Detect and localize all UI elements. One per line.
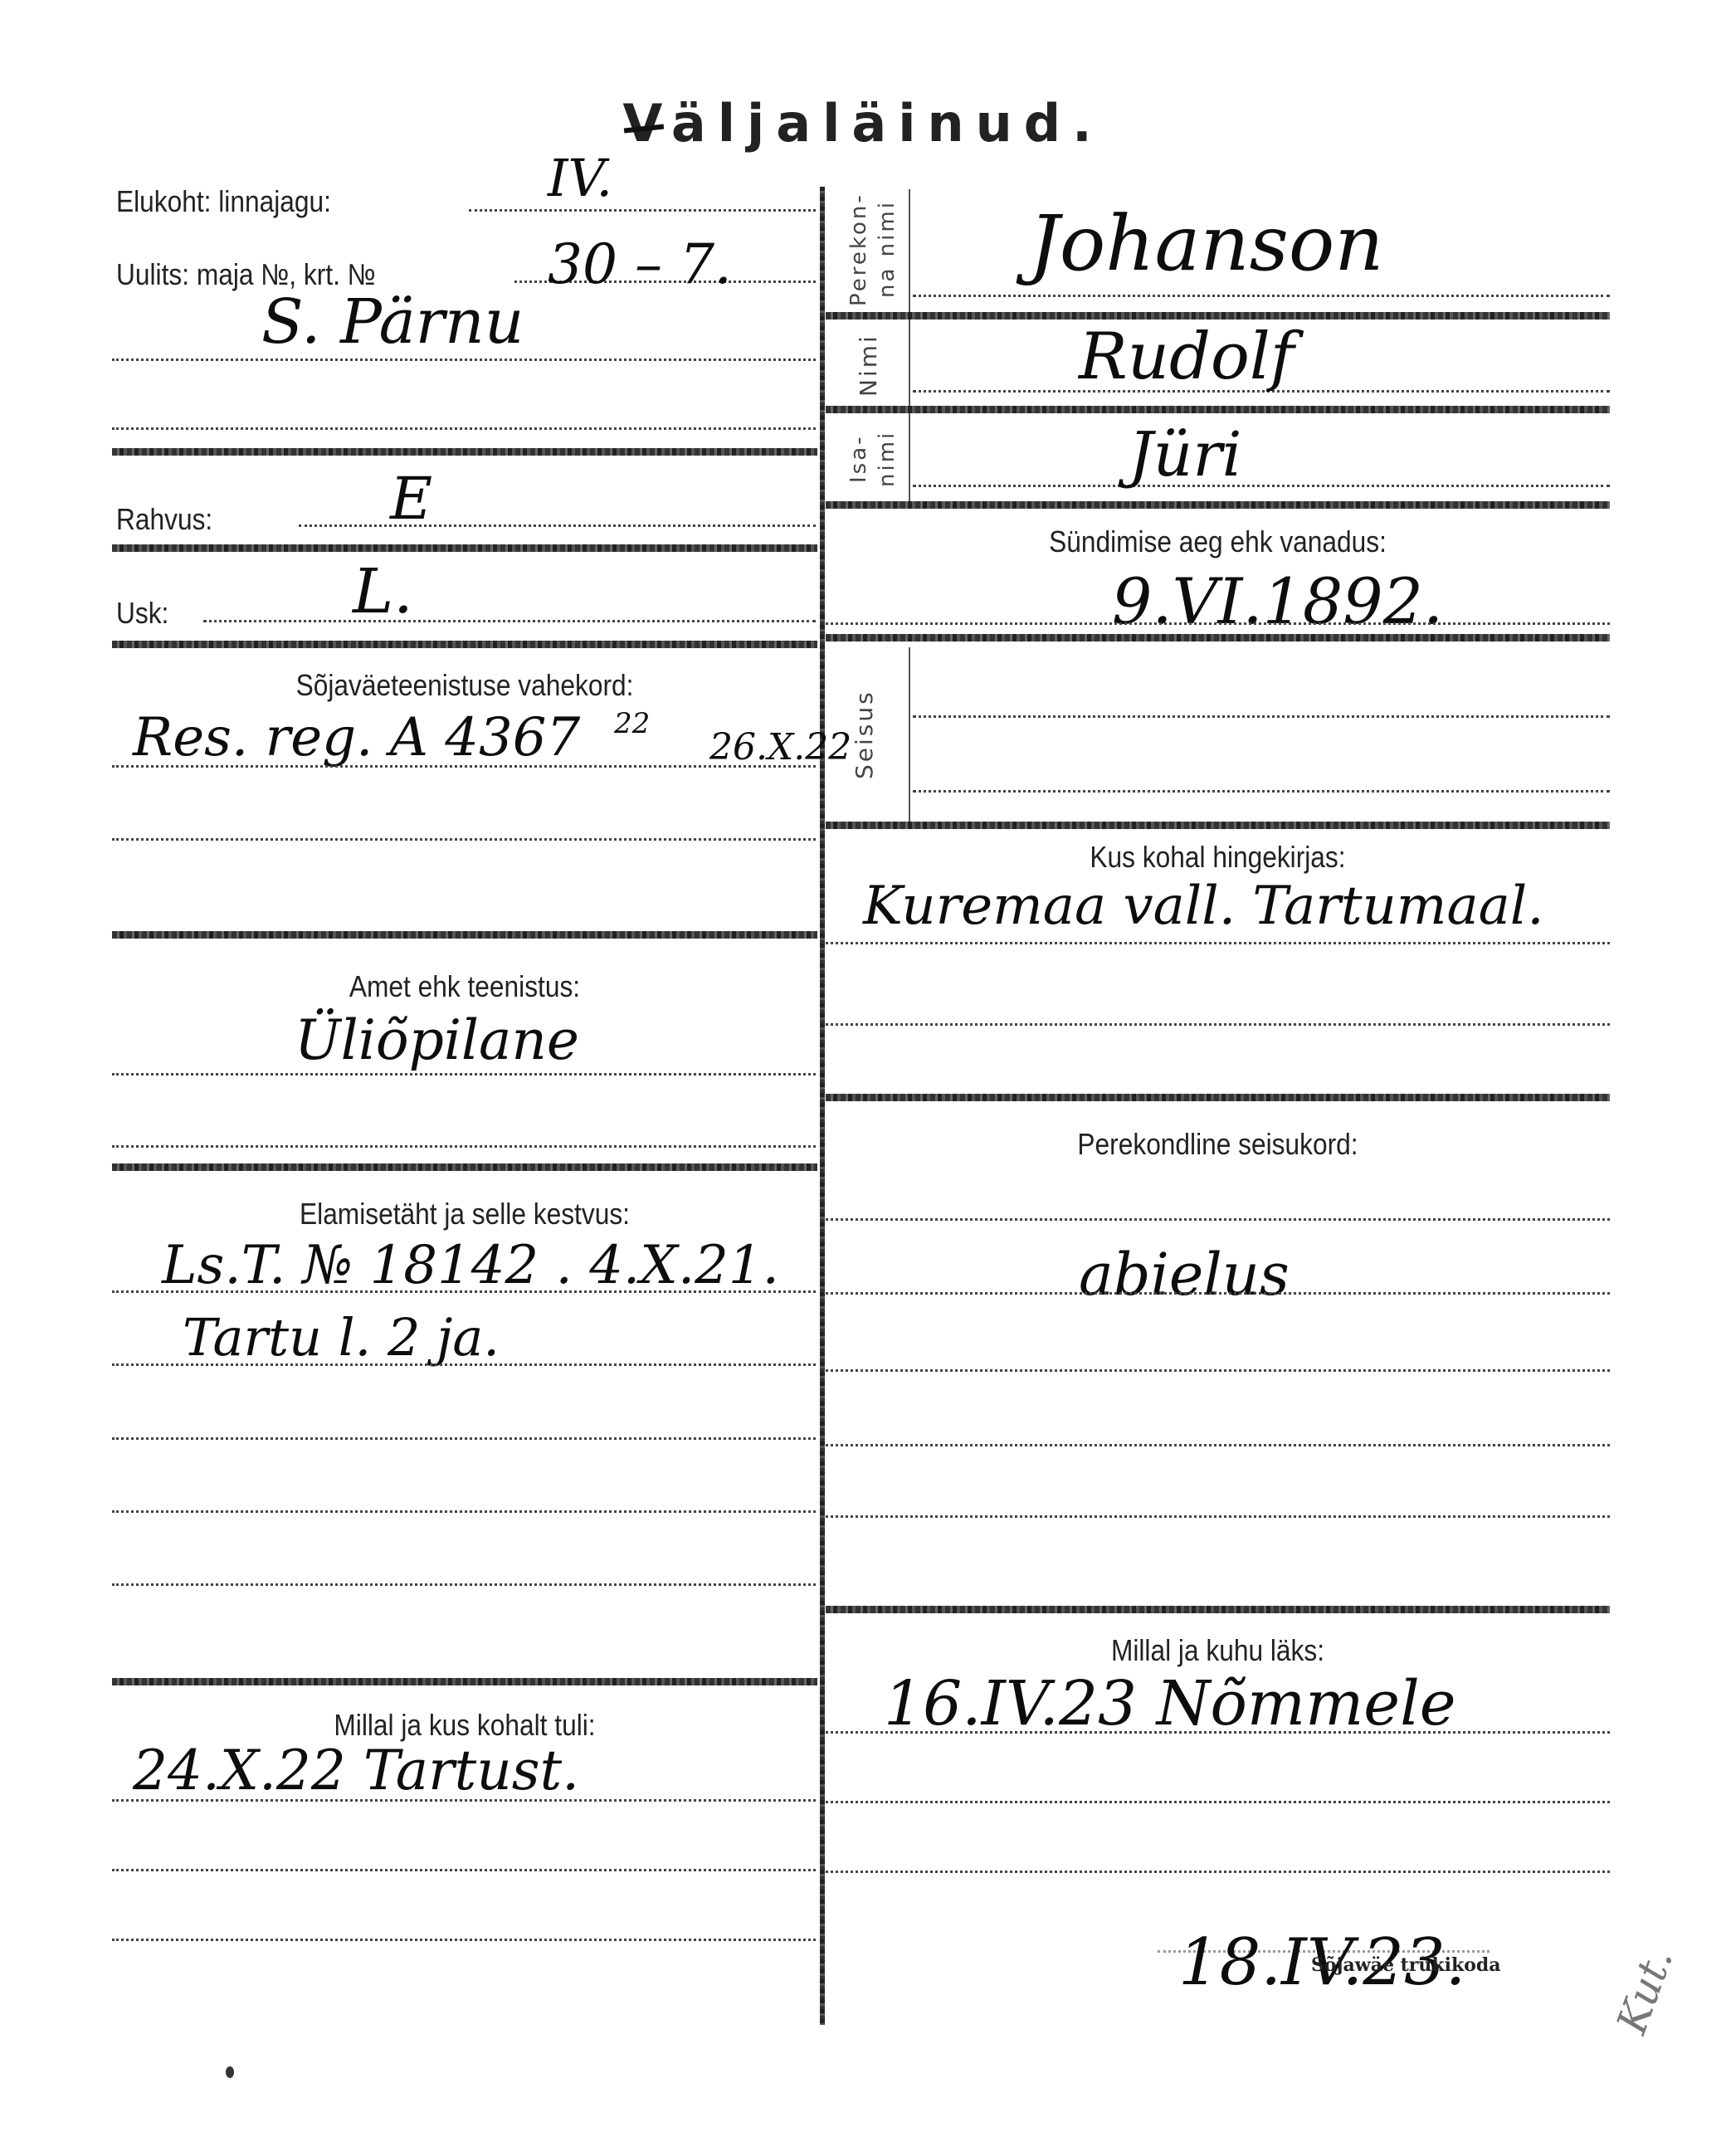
line-rahvus — [299, 524, 816, 527]
form-title: Väljaläinud. — [0, 93, 1726, 154]
value-perekonnanimi: Johanson — [1029, 199, 1383, 288]
line-elamisetaht-5 — [112, 1583, 816, 1586]
section-divider — [112, 931, 817, 939]
label-elamisetaht: Elamisetäht ja selle kestvus: — [154, 1197, 775, 1232]
line-perekondline-3 — [826, 1369, 1610, 1372]
side-label-isanimi: Isa- nimi — [845, 419, 904, 498]
line-elamisetaht-4 — [112, 1510, 816, 1513]
line-elamisetaht-3 — [112, 1437, 816, 1440]
label-millal-laks: Millal ja kuhu läks: — [873, 1633, 1563, 1668]
label-hingekiri: Kus kohal hingekirjas: — [873, 840, 1563, 875]
line-perekondline-1 — [826, 1218, 1610, 1221]
label-sojavae: Sõjaväeteenistuse vahekord: — [154, 668, 775, 703]
pencil-initials: Kut. — [1607, 1942, 1682, 2040]
value-hingekiri: Kuremaa vall. Tartumaal. — [863, 876, 1544, 937]
label-amet: Amet ehk teenistus: — [154, 969, 775, 1004]
section-divider — [112, 641, 817, 648]
value-rahvus: E — [390, 465, 432, 533]
value-sojavae: Res. reg. A 4367 — [133, 707, 580, 768]
line-perekondline-5 — [826, 1515, 1610, 1518]
section-divider — [112, 1678, 817, 1685]
line-millal-tuli-1 — [112, 1799, 816, 1802]
line-seisus-1 — [913, 715, 1610, 718]
value-perekondline: abielus — [1079, 1241, 1290, 1309]
value-sojavae-date: 26.X.22 — [709, 726, 851, 768]
value-millal-laks: 16.IV.23 Nõmmele — [884, 1668, 1456, 1739]
section-divider — [112, 544, 817, 552]
section-divider — [826, 1606, 1610, 1613]
label-usk: Usk: — [116, 596, 168, 631]
line-elamisetaht-2 — [112, 1363, 816, 1366]
value-linnajagu: IV. — [548, 148, 612, 208]
line-elamisetaht-1 — [112, 1290, 816, 1293]
label-rahvus: Rahvus: — [116, 502, 212, 537]
section-divider — [826, 1094, 1610, 1101]
line-hingekiri-1 — [826, 942, 1610, 944]
line-hingekiri-2 — [826, 1023, 1610, 1026]
value-street: S. Pärnu — [261, 286, 524, 358]
section-divider — [826, 406, 1610, 413]
line-sundimise — [826, 622, 1610, 625]
value-usk: L. — [353, 556, 413, 627]
section-divider — [112, 448, 817, 456]
side-label-perekonnanimi: Perekon- na nimi — [845, 189, 904, 310]
value-nimi: Rudolf — [1079, 319, 1294, 394]
line-perekondline-2 — [826, 1292, 1610, 1295]
value-sojavae-sup: 22 — [614, 707, 650, 740]
label-elukoht: Elukoht: linnajagu: — [116, 184, 331, 219]
printer-imprint: Sõjawäe trükikoda — [1311, 1954, 1501, 1976]
section-divider — [112, 1163, 817, 1171]
value-amet: Üliõpilane — [295, 1008, 579, 1072]
line-perekondline-4 — [826, 1444, 1610, 1446]
line-perekonnanimi — [913, 295, 1610, 297]
line-millal-tuli-2 — [112, 1869, 816, 1871]
line-amet-2 — [112, 1145, 816, 1148]
line-isanimi — [913, 485, 1610, 487]
line-millal-laks-2 — [826, 1801, 1610, 1803]
label-millal-tuli: Millal ja kus kohalt tuli: — [154, 1708, 775, 1743]
ink-speck — [226, 2066, 234, 2078]
section-divider — [826, 634, 1610, 641]
line-amet-1 — [112, 1073, 816, 1076]
value-maja-krt: 30 – 7. — [548, 232, 732, 296]
line-sojavae-2 — [112, 838, 816, 841]
line-blank — [112, 427, 816, 430]
value-millal-tuli: 24.X.22 Tartust. — [133, 1739, 579, 1802]
side-label-nimi: Nimi — [855, 328, 895, 402]
line-usk — [203, 620, 816, 622]
line-millal-laks-1 — [826, 1731, 1610, 1734]
value-elamisetaht-2: Tartu l. 2 ja. — [183, 1307, 500, 1368]
seisus-label-divider — [909, 647, 910, 823]
label-sundimise: Sündimise aeg ehk vanadus: — [873, 524, 1563, 559]
line-sojavae-1 — [112, 765, 816, 768]
section-divider — [826, 822, 1610, 829]
line-street — [112, 359, 816, 361]
side-label-seisus: Seisus — [851, 680, 894, 788]
value-elamisetaht-1: Ls.T. № 18142 . 4.X.21. — [162, 1235, 779, 1296]
line-millal-tuli-3 — [112, 1939, 816, 1941]
center-divider — [820, 187, 825, 2025]
value-isanimi: Jüri — [1129, 419, 1241, 490]
line-millal-laks-3 — [826, 1871, 1610, 1873]
line-seisus-2 — [913, 790, 1610, 793]
name-label-divider — [909, 189, 910, 505]
section-divider — [826, 501, 1610, 509]
section-divider — [826, 312, 1610, 319]
label-perekondline: Perekondline seisukord: — [873, 1127, 1563, 1162]
line-elukoht — [469, 209, 816, 212]
value-sundimise: 9.VI.1892. — [1112, 564, 1443, 638]
